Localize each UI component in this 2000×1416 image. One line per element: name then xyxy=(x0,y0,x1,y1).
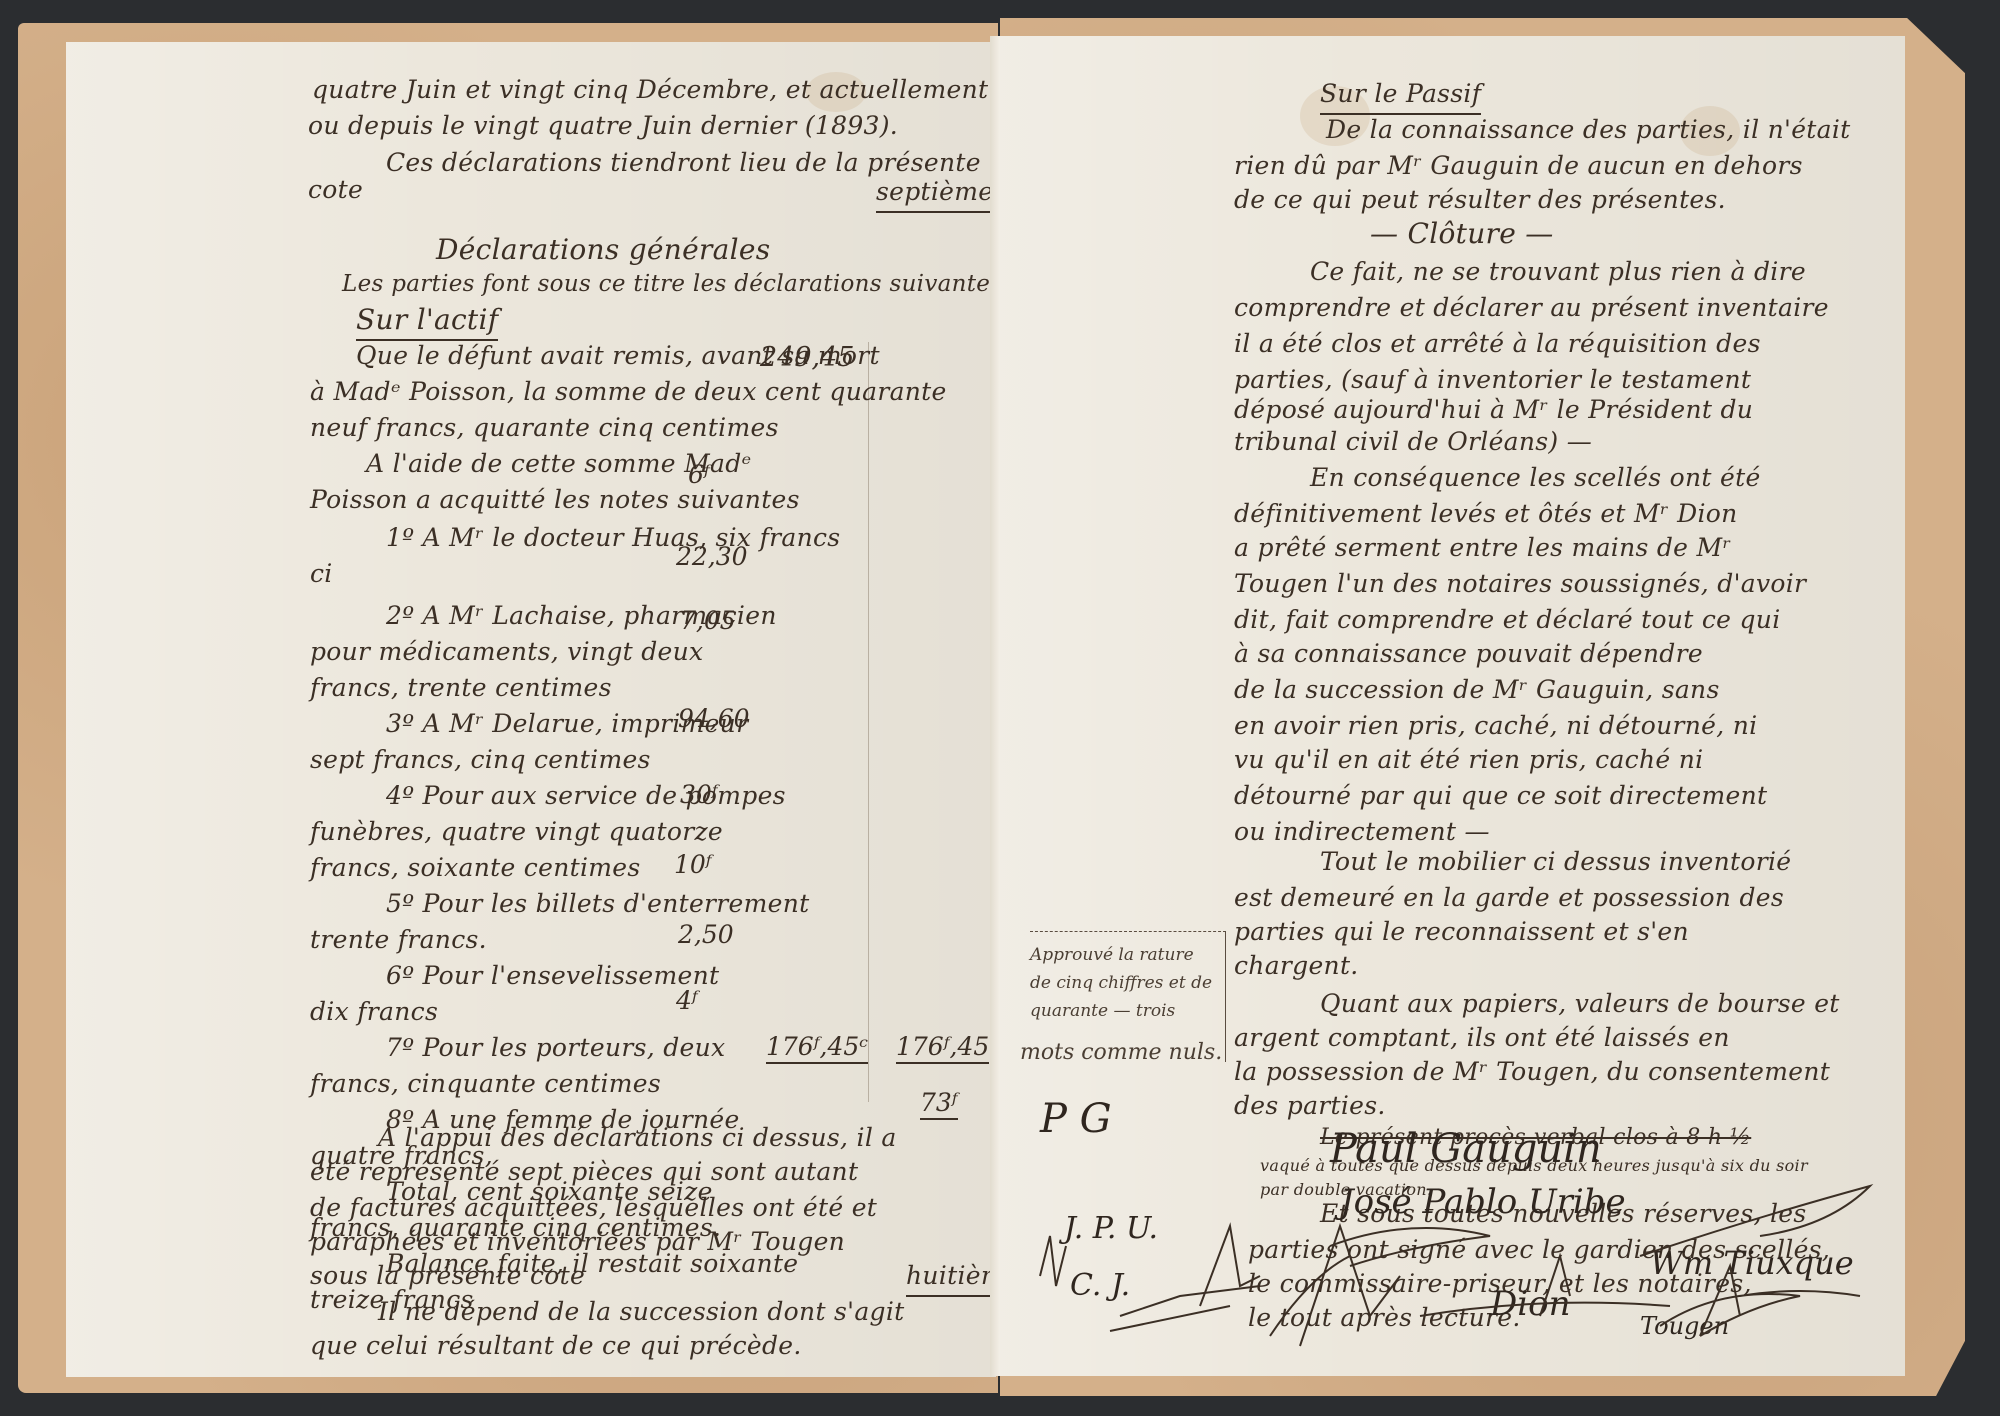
signature-flourishes xyxy=(1000,1116,1905,1376)
text-line: rien dû par Mʳ Gauguin de aucun en dehor… xyxy=(1234,148,1803,184)
text-line: la possession de Mʳ Tougen, du consentem… xyxy=(1234,1054,1830,1090)
text-line: vu qu'il en ait été rien pris, caché ni xyxy=(1234,742,1703,778)
text-line: En conséquence les scellés ont été xyxy=(1310,460,1761,496)
section-heading-passif: Sur le Passif xyxy=(1320,76,1481,115)
text-line: Tougen l'un des notaires soussignés, d'a… xyxy=(1234,566,1806,602)
text-line: chargent. xyxy=(1234,948,1359,984)
text-line: est demeuré en la garde et possession de… xyxy=(1234,880,1784,916)
text-line: sous la présente cote xyxy=(310,1258,585,1294)
text-line: tribunal civil de Orléans) — xyxy=(1234,424,1592,460)
text-line: de ce qui peut résulter des présentes. xyxy=(1234,182,1726,218)
text-line: De la connaissance des parties, il n'éta… xyxy=(1326,112,1851,148)
margin-approval-note: Approuvé la rature de cinq chiffres et d… xyxy=(1030,931,1226,1062)
text-line: en avoir rien pris, caché, ni détourné, … xyxy=(1234,708,1757,744)
left-page: quatre Juin et vingt cinq Décembre, et a… xyxy=(66,42,996,1377)
text-line: déposé aujourd'hui à Mʳ le Président du xyxy=(1234,392,1753,428)
margin-note-line: mots comme nuls. xyxy=(1020,1040,1222,1066)
text-line: paraphées et inventoriées par Mʳ Tougen xyxy=(310,1224,845,1260)
right-page: Sur le Passif De la connaissance des par… xyxy=(1000,36,1905,1376)
text-line: Ce fait, ne se trouvant plus rien à dire xyxy=(1310,254,1806,290)
text-line: A l'appui des déclarations ci dessus, il… xyxy=(378,1120,897,1156)
text-line: il a été clos et arrêté à la réquisition… xyxy=(1234,326,1761,362)
text-line: dit, fait comprendre et déclaré tout ce … xyxy=(1234,602,1781,638)
text-line: définitivement levés et ôtés et Mʳ Dion xyxy=(1234,496,1738,532)
text-line: comprendre et déclarer au présent invent… xyxy=(1234,290,1829,326)
section-heading-cloture: — Clôture — xyxy=(1370,216,1554,252)
margin-note-line: quarante — trois xyxy=(1030,998,1175,1024)
text-line: de la succession de Mʳ Gauguin, sans xyxy=(1234,672,1720,708)
text-line: détourné par qui que ce soit directement xyxy=(1234,778,1767,814)
text-line: à sa connaissance pouvait dépendre xyxy=(1234,636,1703,672)
margin-note-line: Approuvé la rature xyxy=(1030,942,1194,968)
left-page-text-bottom: A l'appui des déclarations ci dessus, il… xyxy=(66,42,996,1377)
text-line: argent comptant, ils ont été laissés en xyxy=(1234,1020,1730,1056)
text-line: Tout le mobilier ci dessus inventorié xyxy=(1320,844,1791,880)
margin-note-line: de cinq chiffres et de xyxy=(1030,970,1212,996)
text-line: Quant aux papiers, valeurs de bourse et xyxy=(1320,986,1840,1022)
text-line: a prêté serment entre les mains de Mʳ xyxy=(1234,530,1731,566)
text-line: été représenté sept pièces qui sont auta… xyxy=(310,1154,858,1190)
text-line: que celui résultant de ce qui précède. xyxy=(310,1328,802,1364)
text-line: Il ne dépend de la succession dont s'agi… xyxy=(378,1294,904,1330)
text-line: de factures acquittées, lesquelles ont é… xyxy=(310,1190,877,1226)
text-line: parties qui le reconnaissent et s'en xyxy=(1234,914,1689,950)
